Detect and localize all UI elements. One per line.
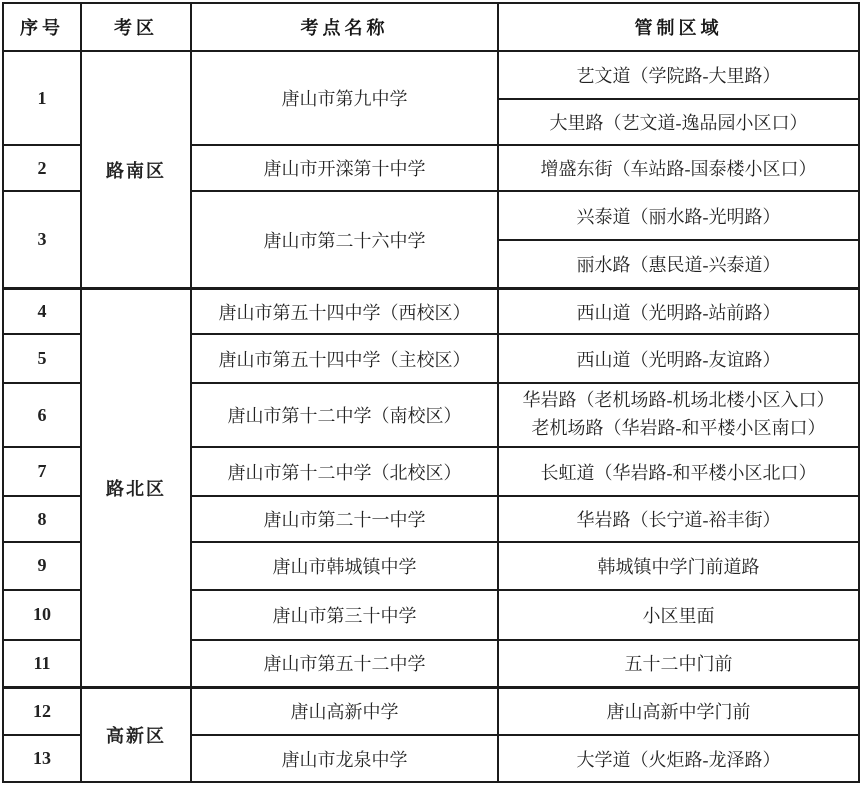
page: 序号 考区 考点名称 管制区域 1 路南区 唐山市第九中学 艺文道（学院路-大里… [0, 0, 860, 785]
col-header-control-area: 管制区域 [498, 3, 859, 51]
area-cell: 增盛东街（车站路-国泰楼小区口） [498, 145, 859, 191]
serial-cell: 3 [3, 191, 81, 289]
serial-cell: 12 [3, 687, 81, 735]
serial-cell: 1 [3, 51, 81, 146]
table-row: 1 路南区 唐山市第九中学 艺文道（学院路-大里路） [3, 51, 859, 99]
school-cell: 唐山市第五十二中学 [191, 640, 498, 688]
school-cell: 唐山市第二十六中学 [191, 191, 498, 289]
area-cell: 艺文道（学院路-大里路） [498, 51, 859, 99]
serial-cell: 7 [3, 447, 81, 496]
area-cell: 五十二中门前 [498, 640, 859, 688]
area-cell: 西山道（光明路-友谊路） [498, 334, 859, 383]
area-cell: 华岩路（长宁道-裕丰街） [498, 496, 859, 542]
exam-control-table: 序号 考区 考点名称 管制区域 1 路南区 唐山市第九中学 艺文道（学院路-大里… [2, 2, 860, 783]
area-cell: 丽水路（惠民道-兴泰道） [498, 240, 859, 289]
school-cell: 唐山市第三十中学 [191, 590, 498, 640]
school-cell: 唐山高新中学 [191, 687, 498, 735]
district-cell-lubei: 路北区 [81, 289, 191, 688]
district-cell-lunan: 路南区 [81, 51, 191, 289]
school-cell: 唐山市第九中学 [191, 51, 498, 146]
area-cell: 唐山高新中学门前 [498, 687, 859, 735]
area-cell: 华岩路（老机场路-机场北楼小区入口） 老机场路（华岩路-和平楼小区南口） [498, 383, 859, 447]
area-cell: 韩城镇中学门前道路 [498, 542, 859, 590]
district-cell-gaoxin: 高新区 [81, 687, 191, 782]
serial-cell: 6 [3, 383, 81, 447]
area-cell: 长虹道（华岩路-和平楼小区北口） [498, 447, 859, 496]
serial-cell: 10 [3, 590, 81, 640]
serial-cell: 4 [3, 289, 81, 335]
table-header-row: 序号 考区 考点名称 管制区域 [3, 3, 859, 51]
school-cell: 唐山市开滦第十中学 [191, 145, 498, 191]
serial-cell: 11 [3, 640, 81, 688]
area-cell: 兴泰道（丽水路-光明路） [498, 191, 859, 240]
school-cell: 唐山市第十二中学（北校区） [191, 447, 498, 496]
school-cell: 唐山市第十二中学（南校区） [191, 383, 498, 447]
area-cell: 大学道（火炬路-龙泽路） [498, 735, 859, 782]
col-header-site-name: 考点名称 [191, 3, 498, 51]
school-cell: 唐山市第五十四中学（西校区） [191, 289, 498, 335]
serial-cell: 5 [3, 334, 81, 383]
col-header-serial: 序号 [3, 3, 81, 51]
area-cell: 小区里面 [498, 590, 859, 640]
school-cell: 唐山市第五十四中学（主校区） [191, 334, 498, 383]
serial-cell: 13 [3, 735, 81, 782]
serial-cell: 9 [3, 542, 81, 590]
serial-cell: 8 [3, 496, 81, 542]
serial-cell: 2 [3, 145, 81, 191]
table-row: 12 高新区 唐山高新中学 唐山高新中学门前 [3, 687, 859, 735]
school-cell: 唐山市韩城镇中学 [191, 542, 498, 590]
school-cell: 唐山市龙泉中学 [191, 735, 498, 782]
table-row: 4 路北区 唐山市第五十四中学（西校区） 西山道（光明路-站前路） [3, 289, 859, 335]
area-cell: 西山道（光明路-站前路） [498, 289, 859, 335]
col-header-district: 考区 [81, 3, 191, 51]
school-cell: 唐山市第二十一中学 [191, 496, 498, 542]
area-cell: 大里路（艺文道-逸品园小区口） [498, 99, 859, 146]
